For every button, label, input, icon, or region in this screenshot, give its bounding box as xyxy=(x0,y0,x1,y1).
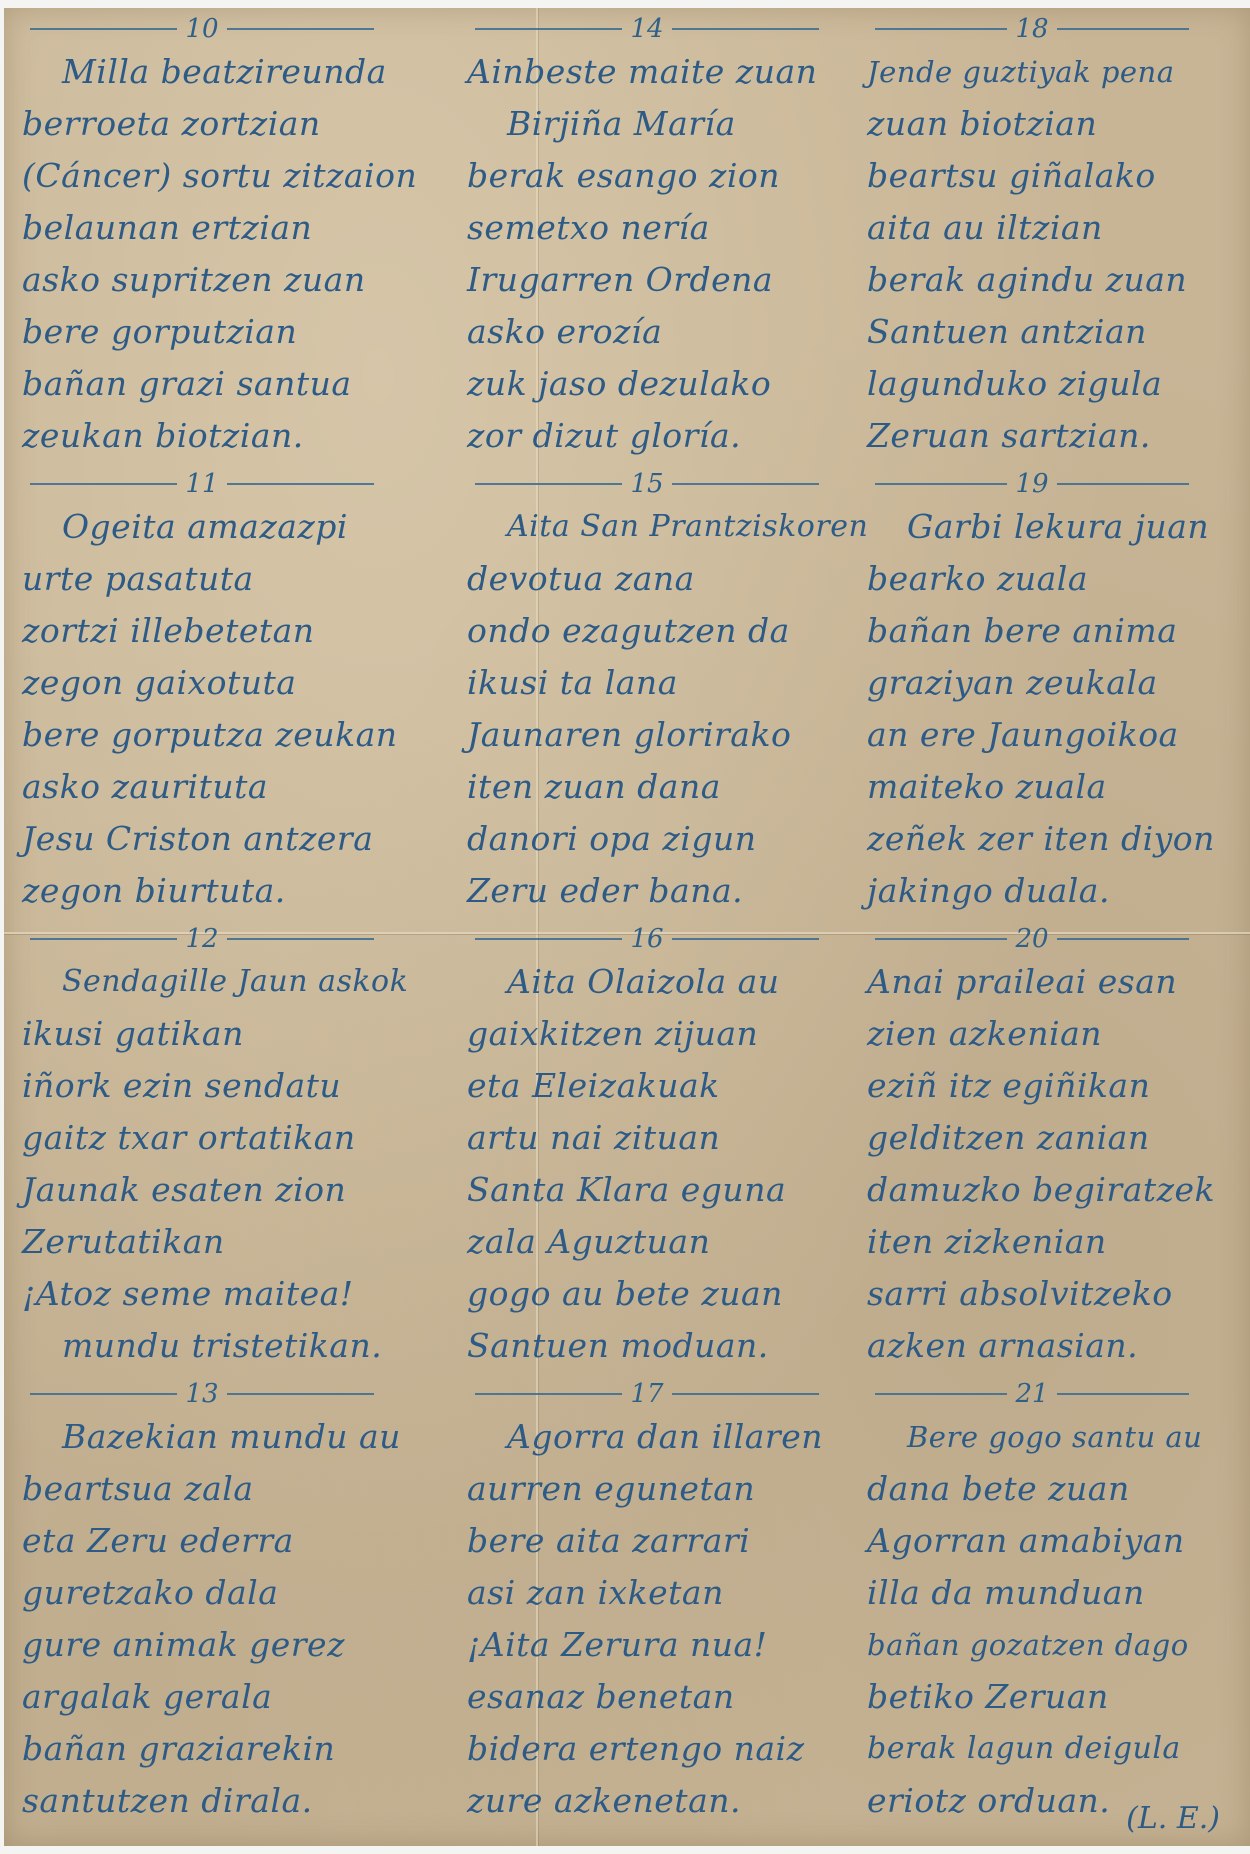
verse-line: bere gorputza zeukan xyxy=(22,709,459,761)
stanza-19: 19 Garbi lekura juan bearko zuala bañan … xyxy=(859,467,1246,922)
verse-line: Bere gogo santu au xyxy=(867,1411,1246,1463)
stanza-number: 19 xyxy=(867,467,1197,501)
verse-line: Sendagille Jaun askok xyxy=(22,956,459,1008)
stanza-13: 13 Bazekian mundu au beartsua zala eta Z… xyxy=(14,1377,459,1842)
verse-line: Birjiña María xyxy=(467,98,859,150)
verse-line: jakingo duala. xyxy=(867,865,1246,917)
stanza-number-label: 19 xyxy=(1015,469,1048,499)
verse-line: eta Eleizakuak xyxy=(467,1060,859,1112)
stanza-number-label: 11 xyxy=(185,469,218,499)
verse-line: aita au iltzian xyxy=(867,202,1246,254)
stanza-20: 20 Anai praileai esan zien azkenian eziñ… xyxy=(859,922,1246,1377)
verse-line: asko supritzen zuan xyxy=(22,254,459,306)
verse-line: Aita Olaizola au xyxy=(467,956,859,1008)
verse-line: gure animak gerez xyxy=(22,1619,459,1671)
stanza-number: 12 xyxy=(22,922,382,956)
stanza-number: 21 xyxy=(867,1377,1197,1411)
verse-line: berroeta zortzian xyxy=(22,98,459,150)
verse-line: graziyan zeukala xyxy=(867,657,1246,709)
stanza-17: 17 Agorra dan illaren aurren egunetan be… xyxy=(459,1377,859,1842)
verse-line: iñork ezin sendatu xyxy=(22,1060,459,1112)
verse-line: betiko Zeruan xyxy=(867,1671,1246,1723)
verse-line: lagunduko zigula xyxy=(867,358,1246,410)
stanza-18: 18 Jende guztiyak pena zuan biotzian bea… xyxy=(859,12,1246,467)
verse-line: zortzi illebetetan xyxy=(22,605,459,657)
verse-line: gaixkitzen zijuan xyxy=(467,1008,859,1060)
stanza-number-label: 13 xyxy=(185,1379,218,1409)
verse-line: Anai praileai esan xyxy=(867,956,1246,1008)
verse-line: bañan bere anima xyxy=(867,605,1246,657)
verse-line: Santa Klara eguna xyxy=(467,1164,859,1216)
stanza-number-label: 17 xyxy=(630,1379,663,1409)
verse-line: Milla beatzireunda xyxy=(22,46,459,98)
verse-line: asko erozía xyxy=(467,306,859,358)
verse-line: berak agindu zuan xyxy=(867,254,1246,306)
verse-line: eta Zeru ederra xyxy=(22,1515,459,1567)
stanza-number: 11 xyxy=(22,467,382,501)
verse-line: bañan graziarekin xyxy=(22,1723,459,1775)
stanza-number-label: 10 xyxy=(185,14,218,44)
verse-line: maiteko zuala xyxy=(867,761,1246,813)
verse-line: ¡Atoz seme maitea! xyxy=(22,1268,459,1320)
stanza-number: 10 xyxy=(22,12,382,46)
verse-line: iten zizkenian xyxy=(867,1216,1246,1268)
verse-line: Garbi lekura juan xyxy=(867,501,1246,553)
verse-line: berak lagun deigula xyxy=(867,1723,1246,1775)
verse-line: Aita San Prantziskoren xyxy=(467,501,859,553)
verse-line: bidera ertengo naiz xyxy=(467,1723,859,1775)
verse-line: Bazekian mundu au xyxy=(22,1411,459,1463)
verse-line: Ainbeste maite zuan xyxy=(467,46,859,98)
verse-line: zuan biotzian xyxy=(867,98,1246,150)
stanza-11: 11 Ogeita amazazpi urte pasatuta zortzi … xyxy=(14,467,459,922)
verse-line: Zerutatikan xyxy=(22,1216,459,1268)
stanza-number: 20 xyxy=(867,922,1197,956)
stanza-12: 12 Sendagille Jaun askok ikusi gatikan i… xyxy=(14,922,459,1377)
stanza-number-label: 14 xyxy=(630,14,663,44)
verse-line: eziñ itz egiñikan xyxy=(867,1060,1246,1112)
verse-line: Zeruan sartzian. xyxy=(867,410,1246,462)
verse-line: Jende guztiyak pena xyxy=(867,46,1246,98)
verse-line: illa da munduan xyxy=(867,1567,1246,1619)
verse-line: argalak gerala xyxy=(22,1671,459,1723)
verse-line: bañan gozatzen dago xyxy=(867,1619,1246,1671)
stanza-number: 18 xyxy=(867,12,1197,46)
stanza-number: 16 xyxy=(467,922,827,956)
stanza-10: 10 Milla beatzireunda berroeta zortzian … xyxy=(14,12,459,467)
verse-line: Irugarren Ordena xyxy=(467,254,859,306)
verse-line: gaitz txar ortatikan xyxy=(22,1112,459,1164)
verse-line: damuzko begiratzek xyxy=(867,1164,1246,1216)
verse-line: Jaunaren glorirako xyxy=(467,709,859,761)
stanza-number: 17 xyxy=(467,1377,827,1411)
verse-line: beartsua zala xyxy=(22,1463,459,1515)
verse-line: Jesu Criston antzera xyxy=(22,813,459,865)
verse-line: bere aita zarrari xyxy=(467,1515,859,1567)
verse-line: zeukan biotzian. xyxy=(22,410,459,462)
verse-line: bearko zuala xyxy=(867,553,1246,605)
verse-line: Zeru eder bana. xyxy=(467,865,859,917)
stanza-21: 21 Bere gogo santu au dana bete zuan Ago… xyxy=(859,1377,1246,1842)
stanza-number-label: 15 xyxy=(630,469,663,499)
verse-line: zor dizut gloría. xyxy=(467,410,859,462)
stanza-number: 13 xyxy=(22,1377,382,1411)
stanza-15: 15 Aita San Prantziskoren devotua zana o… xyxy=(459,467,859,922)
verse-line: bere gorputzian xyxy=(22,306,459,358)
stanza-16: 16 Aita Olaizola au gaixkitzen zijuan et… xyxy=(459,922,859,1377)
verse-line: esanaz benetan xyxy=(467,1671,859,1723)
stanza-number-label: 20 xyxy=(1015,924,1048,954)
stanza-number-label: 18 xyxy=(1015,14,1048,44)
verse-line: Jaunak esaten zion xyxy=(22,1164,459,1216)
stanza-number: 14 xyxy=(467,12,827,46)
verse-line: bañan grazi santua xyxy=(22,358,459,410)
verse-line: ikusi ta lana xyxy=(467,657,859,709)
verse-line: berak esango zion xyxy=(467,150,859,202)
verse-line: (Cáncer) sortu zitzaion xyxy=(22,150,459,202)
stanza-number-label: 21 xyxy=(1015,1379,1048,1409)
verse-line: ikusi gatikan xyxy=(22,1008,459,1060)
verse-line: belaunan ertzian xyxy=(22,202,459,254)
verse-line: an ere Jaungoikoa xyxy=(867,709,1246,761)
stanza-number-label: 12 xyxy=(185,924,218,954)
verse-line: gelditzen zanian xyxy=(867,1112,1246,1164)
verse-line: zuk jaso dezulako xyxy=(467,358,859,410)
stanza-14: 14 Ainbeste maite zuan Birjiña María ber… xyxy=(459,12,859,467)
verse-line: zeñek zer iten diyon xyxy=(867,813,1246,865)
verse-line: azken arnasian. xyxy=(867,1320,1246,1372)
verse-line: Santuen moduan. xyxy=(467,1320,859,1372)
verse-line: iten zuan dana xyxy=(467,761,859,813)
verse-line: semetxo nería xyxy=(467,202,859,254)
verse-line: Ogeita amazazpi xyxy=(22,501,459,553)
verse-line: guretzako dala xyxy=(22,1567,459,1619)
verse-line: devotua zana xyxy=(467,553,859,605)
author-signature: (L. E.) xyxy=(1126,1801,1220,1836)
stanza-number-label: 16 xyxy=(630,924,663,954)
verse-line: Santuen antzian xyxy=(867,306,1246,358)
verse-line: zala Aguztuan xyxy=(467,1216,859,1268)
verse-line: aurren egunetan xyxy=(467,1463,859,1515)
verse-line: dana bete zuan xyxy=(867,1463,1246,1515)
verse-line: sarri absolvitzeko xyxy=(867,1268,1246,1320)
verse-line: santutzen dirala. xyxy=(22,1775,459,1827)
verse-line: zien azkenian xyxy=(867,1008,1246,1060)
verse-line: asi zan ixketan xyxy=(467,1567,859,1619)
verse-line: ¡Aita Zerura nua! xyxy=(467,1619,859,1671)
verse-line: asko zaurituta xyxy=(22,761,459,813)
stanza-number: 15 xyxy=(467,467,827,501)
verse-line: Agorran amabiyan xyxy=(867,1515,1246,1567)
verse-line: zure azkenetan. xyxy=(467,1775,859,1827)
verse-line: beartsu giñalako xyxy=(867,150,1246,202)
verse-line: artu nai zituan xyxy=(467,1112,859,1164)
verse-line: gogo au bete zuan xyxy=(467,1268,859,1320)
verse-grid: 10 Milla beatzireunda berroeta zortzian … xyxy=(14,12,1246,1842)
verse-line: danori opa zigun xyxy=(467,813,859,865)
verse-line: zegon gaixotuta xyxy=(22,657,459,709)
verse-line: Agorra dan illaren xyxy=(467,1411,859,1463)
verse-line: ondo ezagutzen da xyxy=(467,605,859,657)
verse-line: mundu tristetikan. xyxy=(22,1320,459,1372)
verse-line: zegon biurtuta. xyxy=(22,865,459,917)
verse-line: urte pasatuta xyxy=(22,553,459,605)
